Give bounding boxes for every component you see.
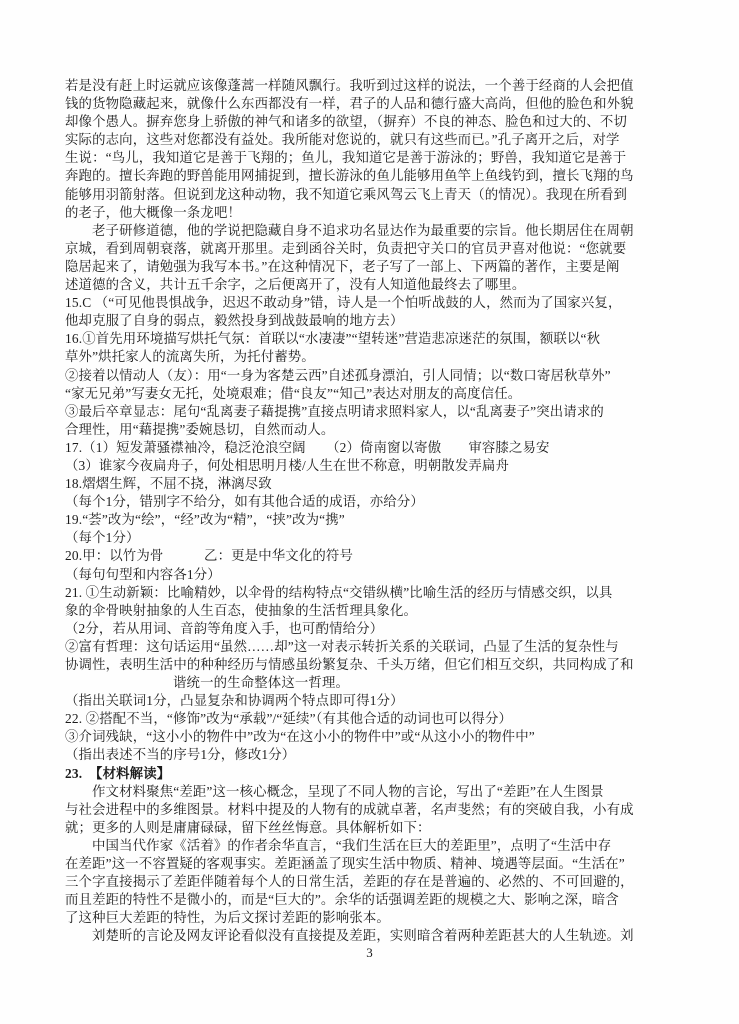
- text-line: 16.①首先用环境描写烘托气氛：首联以“水凄凄”“望转迷”营造悲凉迷茫的氛围，额…: [65, 330, 677, 348]
- text-line: （每个1分）: [65, 529, 677, 547]
- text-line: 21. ①生动新颖：比喻精妙，以伞骨的结构特点“交错纵横”比喻生活的经历与情感交…: [65, 584, 677, 602]
- text-line: （2分，若从用词、音韵等角度入手，也可酌情给分）: [65, 620, 677, 638]
- text-line: 23. 【材料解读】: [65, 765, 677, 783]
- text-line: 20.甲：以竹为骨 乙：更是中华文化的符号: [65, 547, 677, 565]
- text-line: 能够用羽箭射落。但说到龙这种动物，我不知道它乘风驾云飞上青天（的情况）。我现在所…: [65, 186, 677, 204]
- text-line: 生说：“鸟儿，我知道它是善于飞翔的；鱼儿，我知道它是善于游泳的；野兽，我知道它是…: [65, 149, 677, 167]
- text-line: 述道德的含义，共计五千余字，之后便离开了，没有人知道他最终去了哪里。: [65, 276, 677, 294]
- text-line: “家无兄弟”写妻女无托，处境艰难；借“良友”“知己”表达对朋友的高度信任。: [65, 385, 677, 403]
- text-line: （指出表述不当的序号1分，修改1分）: [65, 746, 677, 764]
- text-line: 隐居起来了，请勉强为我写本书。”在这种情况下，老子写了一部上、下两篇的著作，主要…: [65, 258, 677, 276]
- text-line: ③最后卒章显志：尾句“乱离妻子藉提携”直接点明请求照料家人，以“乱离妻子”突出请…: [65, 403, 677, 421]
- text-line: 就；更多的人则是庸庸碌碌，留下丝丝悔意。具体解析如下：: [65, 819, 677, 837]
- text-line: ②接着以情动人（友）：用“一身为客楚云西”自述孤身漂泊，引人同情；以“数口寄居秋…: [65, 367, 677, 385]
- text-line: （每句句型和内容各1分）: [65, 566, 677, 584]
- text-line: 合理性，用“藉提携”委婉恳切，自然而动人。: [65, 421, 677, 439]
- document-page: 若是没有赶上时运就应该像蓬蒿一样随风飘行。我听到过这样的说法，一个善于经商的人会…: [0, 0, 739, 1024]
- text-line: 却像个愚人。摒弃您身上骄傲的神气和诸多的欲望，（摒弃）不良的神态、脸色和过大的、…: [65, 113, 677, 131]
- text-line: 若是没有赶上时运就应该像蓬蒿一样随风飘行。我听到过这样的说法，一个善于经商的人会…: [65, 77, 677, 95]
- text-line: 实际的志向，这些对您都没有益处。我所能对您说的，就只有这些而已。”孔子离开之后，…: [65, 131, 677, 149]
- text-line: 老子研修道德，他的学说把隐藏自身不追求功名显达作为最重要的宗旨。他长期居住在周朝: [65, 222, 677, 240]
- text-line: （3）谁家今夜扁舟子，何处相思明月楼/人生在世不称意，明朝散发弄扁舟: [65, 457, 677, 475]
- text-line: 钱的货物隐藏起来，就像什么东西都没有一样，君子的人品和德行盛大高尚，但他的脸色和…: [65, 95, 677, 113]
- text-line: 中国当代作家《活着》的作者余华直言，“我们生活在巨大的差距里”，点明了“生活中存: [65, 837, 677, 855]
- text-line: 谐统一的生命整体这一哲理。: [65, 674, 677, 692]
- text-line: ②富有哲理：这句话运用“虽然……却”这一对表示转折关系的关联词，凸显了生活的复杂…: [65, 638, 677, 656]
- document-lines: 若是没有赶上时运就应该像蓬蒿一样随风飘行。我听到过这样的说法，一个善于经商的人会…: [65, 77, 677, 946]
- text-line: 他却克服了自身的弱点，毅然投身到战鼓最响的地方去）: [65, 312, 677, 330]
- text-line: 象的伞骨映射抽象的人生百态，使抽象的生活哲理具象化。: [65, 602, 677, 620]
- text-line: 而且差距的特性不是微小的，而是“巨大的”。余华的话强调差距的规模之大、影响之深，…: [65, 891, 677, 909]
- text-line: 18.熠熠生辉，不屈不挠，淋漓尽致: [65, 475, 677, 493]
- text-line: 15.C （“可见他畏惧战争，迟迟不敢动身”错，诗人是一个怕听战鼓的人，然而为了…: [65, 294, 677, 312]
- text-line: 刘楚昕的言论及网友评论看似没有直接提及差距，实则暗含着两种差距甚大的人生轨迹。刘: [65, 927, 677, 945]
- text-line: 的老子，他大概像一条龙吧！: [65, 204, 677, 222]
- text-line: 协调性，表明生活中的种种经历与情感虽纷繁复杂、千头万绪，但它们相互交织，共同构成…: [65, 656, 677, 674]
- text-line: 在差距”这一不容置疑的客观事实。差距涵盖了现实生活中物质、精神、境遇等层面。“生…: [65, 855, 677, 873]
- text-line: 与社会进程中的多维图景。材料中提及的人物有的成就卓著，名声斐然；有的突破自我，小…: [65, 801, 677, 819]
- text-line: 草外”烘托家人的流离失所，为托付蓄势。: [65, 348, 677, 366]
- text-line: 22. ②搭配不当，“修饰”改为“承载”/“延续”（有其他合适的动词也可以得分）: [65, 710, 677, 728]
- page-number: 3: [0, 944, 739, 962]
- text-line: （指出关联词1分，凸显复杂和协调两个特点即可得1分）: [65, 692, 677, 710]
- text-line: 京城，看到周朝衰落，就离开那里。走到函谷关时，负责把守关口的官员尹喜对他说：“您…: [65, 240, 677, 258]
- text-line: 奔跑的。擅长奔跑的野兽能用网捕捉到，擅长游泳的鱼儿能够用鱼竿上鱼线钓到，擅长飞翔…: [65, 167, 677, 185]
- text-line: ③介词残缺，“这小小的物件中”改为“在这小小的物件中”或“从这小小的物件中”: [65, 728, 677, 746]
- text-line: 了这种巨大差距的特性，为后文探讨差距的影响张本。: [65, 909, 677, 927]
- text-line: 19.“荟”改为“绘”，“经”改为“精”，“挟”改为“携”: [65, 511, 677, 529]
- text-line: （每个1分，错别字不给分，如有其他合适的成语，亦给分）: [65, 493, 677, 511]
- text-line: 三个字直接揭示了差距伴随着每个人的日常生活，差距的存在是普遍的、必然的、不可回避…: [65, 873, 677, 891]
- text-line: 作文材料聚焦“差距”这一核心概念，呈现了不同人物的言论，写出了“差距”在人生图景: [65, 783, 677, 801]
- text-line: 17.（1）短发萧骚襟袖冷，稳泛沧浪空阔 （2）倚南窗以寄傲 审容膝之易安: [65, 439, 677, 457]
